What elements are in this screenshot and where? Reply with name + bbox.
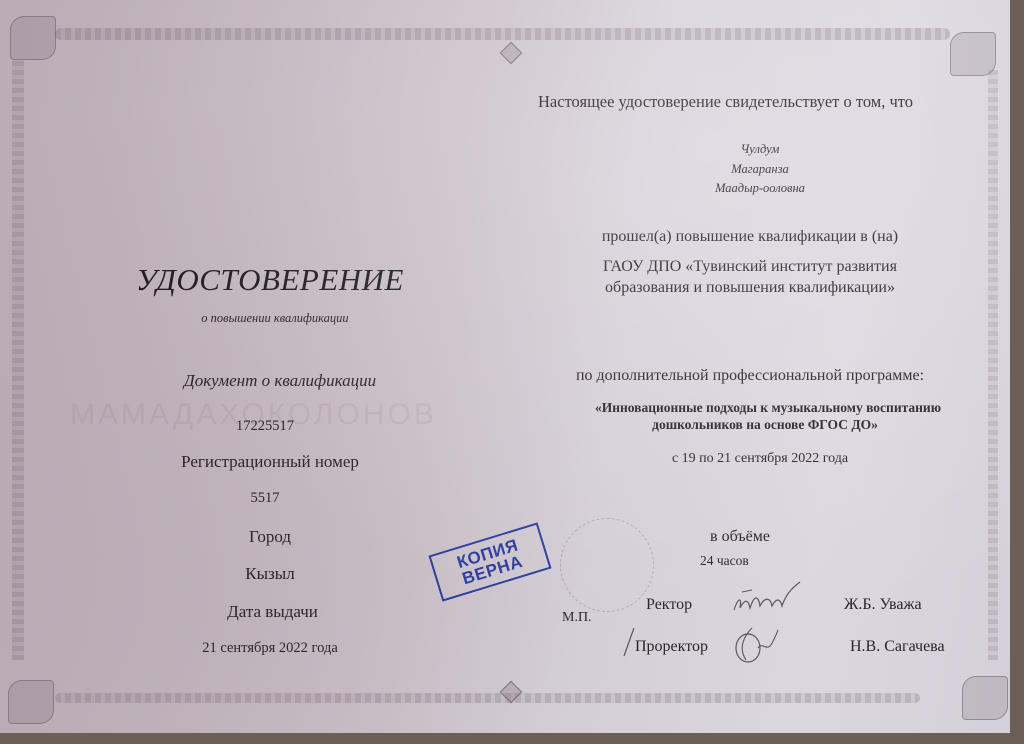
- city-label: Город: [220, 527, 320, 547]
- document-number: 17225517: [215, 418, 315, 435]
- registration-number: 5517: [235, 490, 295, 507]
- program-title-line-2: дошкольников на основе ФГОС ДО»: [600, 417, 930, 433]
- seal-label: М.П.: [562, 610, 592, 626]
- document-label: Документ о квалификации: [165, 371, 395, 391]
- border-right: [988, 70, 998, 660]
- issue-date-label: Дата выдачи: [200, 602, 345, 622]
- rector-position: Ректор: [646, 596, 692, 614]
- corner-ornament-icon: [962, 676, 1008, 720]
- rector-name: Ж.Б. Уважа: [844, 596, 922, 614]
- border-left: [12, 60, 24, 660]
- certifies-text: Настоящее удостоверение свидетельствует …: [538, 92, 928, 112]
- registration-label: Регистрационный номер: [170, 452, 370, 472]
- certificate-title: УДОСТОВЕРЕНИЕ: [105, 262, 435, 298]
- program-title-line-1: «Инновационные подходы к музыкальному во…: [578, 400, 958, 416]
- corner-ornament-icon: [10, 16, 56, 60]
- border-bottom: [55, 693, 920, 703]
- seal-impression: [560, 518, 654, 612]
- diamond-ornament-icon: [500, 42, 523, 65]
- institution-line-2: образования и повышения квалификации»: [580, 279, 920, 297]
- city-value: Кызыл: [215, 564, 325, 584]
- prorector-position: Проректор: [635, 638, 708, 656]
- certificate-sheet: МАМАДАХОКОЛОНОВ УДОСТОВЕРЕНИЕ о повышени…: [0, 0, 1010, 733]
- issue-date: 21 сентября 2022 года: [180, 640, 360, 657]
- holder-first-name: Магаранза: [680, 162, 840, 177]
- corner-ornament-icon: [8, 680, 54, 724]
- copy-certified-stamp: КОПИЯ ВЕРНА: [428, 522, 551, 601]
- rector-signature: [728, 580, 818, 620]
- holder-surname: Чулдум: [680, 142, 840, 157]
- certificate-subtitle: о повышении квалификации: [175, 311, 375, 326]
- volume-hours: 24 часов: [700, 553, 780, 569]
- corner-ornament-icon: [950, 32, 996, 76]
- volume-label: в объёме: [690, 528, 790, 546]
- prorector-name: Н.В. Сагачева: [850, 638, 945, 656]
- completed-text: прошел(а) повышение квалификации в (на): [585, 228, 915, 246]
- program-label: по дополнительной профессиональной прогр…: [565, 367, 935, 385]
- training-period: с 19 по 21 сентября 2022 года: [630, 451, 890, 467]
- border-top: [55, 28, 950, 40]
- holder-patronymic: Маадыр-ооловна: [680, 181, 840, 196]
- institution-line-1: ГАОУ ДПО «Тувинский институт развития: [580, 258, 920, 276]
